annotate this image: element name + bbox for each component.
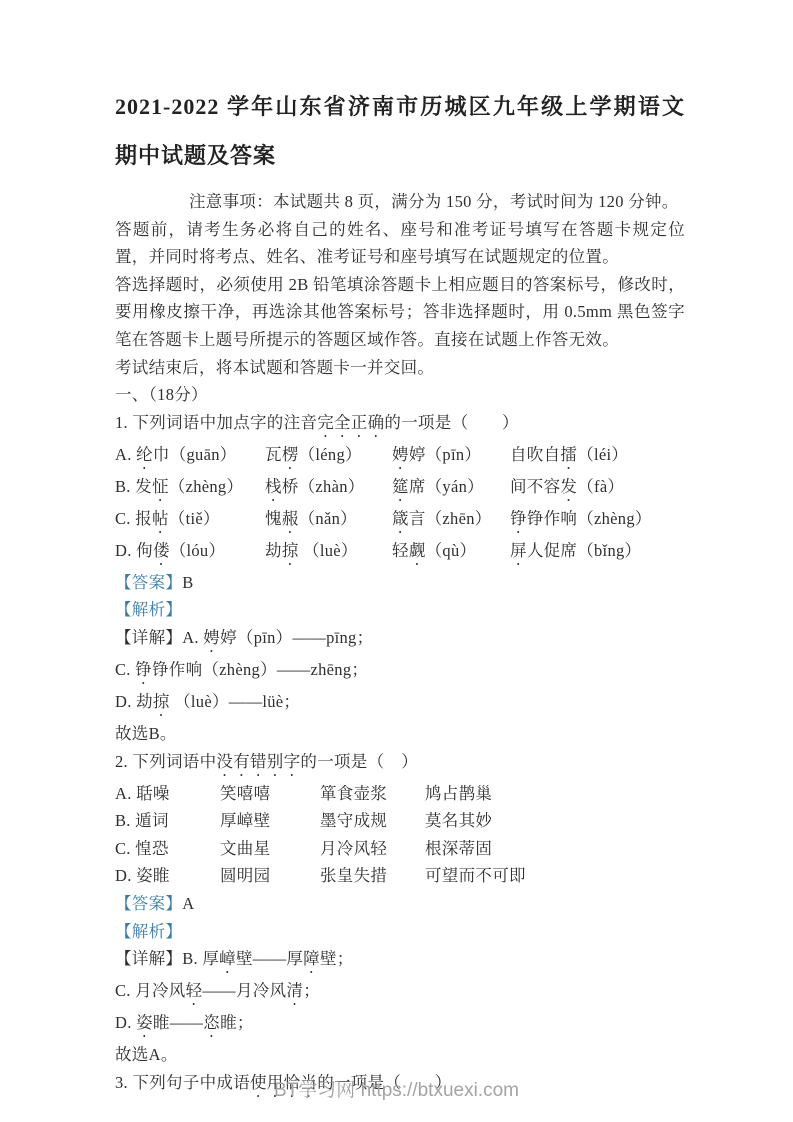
document-content: 2021-2022 学年山东省济南市历城区九年级上学期语文期中试题及答案 注意事… xyxy=(115,82,685,1101)
answer-label: 【答案】 xyxy=(115,573,182,592)
question-1-detail-line: 【详解】A. 娉婷（pīn）——pīng； xyxy=(115,624,685,656)
answer-label: 【答案】 xyxy=(115,894,182,913)
question-2-option-d: D. 姿睢 圆明园 张皇失措 可望而不可即 xyxy=(115,862,685,890)
site-footer: BT学习网 https://btxuexi.com xyxy=(0,1075,793,1102)
option-cell: 铮铮作响（zhèng） xyxy=(510,505,685,537)
option-cell: B. 遁词 xyxy=(115,807,220,835)
option-cell: 自吹自擂（léi） xyxy=(510,441,685,473)
question-1-option-a: A. 纶巾（guān） 瓦楞（léng） 娉婷（pīn） 自吹自擂（léi） xyxy=(115,441,685,473)
question-2-detail-line: D. 姿睢——恣睢； xyxy=(115,1009,685,1041)
option-cell: 月冷风轻 xyxy=(320,835,425,863)
option-cell: 栈桥（zhàn） xyxy=(265,473,392,505)
option-cell: 可望而不可即 xyxy=(425,862,685,890)
question-2-option-c: C. 惶恐 文曲星 月冷风轻 根深蒂固 xyxy=(115,835,685,863)
option-cell: 间不容发（fà） xyxy=(510,473,685,505)
notice-heading: 注意事项：本试题共 8 页，满分为 150 分，考试时间为 120 分钟。 xyxy=(115,188,685,216)
question-2-detail-line: C. 月冷风轻——月冷风清； xyxy=(115,977,685,1009)
option-cell: 箪食壶浆 xyxy=(320,780,425,808)
option-cell: 张皇失措 xyxy=(320,862,425,890)
option-cell: C. 报帖（tiě） xyxy=(115,505,265,537)
question-1-conclusion: 故选B。 xyxy=(115,720,685,748)
option-cell: 愧赧（nǎn） xyxy=(265,505,392,537)
question-2-option-b: B. 遁词 厚嶂壁 墨守成规 莫名其妙 xyxy=(115,807,685,835)
jiexi-label: 【解析】 xyxy=(115,600,182,619)
question-1-detail-line: C. 铮铮作响（zhèng）——zhēng； xyxy=(115,656,685,688)
option-cell: 筵席（yán） xyxy=(392,473,510,505)
option-cell: 根深蒂固 xyxy=(425,835,685,863)
option-cell: 箴言（zhēn） xyxy=(392,505,510,537)
option-cell: 轻觑（qù） xyxy=(392,537,510,569)
notice-paragraph-2: 答选择题时，必须使用 2B 铅笔填涂答题卡上相应题目的答案标号，修改时，要用橡皮… xyxy=(115,271,685,354)
section-1-heading: 一、（18分） xyxy=(115,381,685,409)
question-1-stem: 1. 下列词语中加点字的注音完全正确的一项是（ ） xyxy=(115,409,685,441)
question-2-jiexi-line: 【解析】 xyxy=(115,918,685,946)
option-cell: 娉婷（pīn） xyxy=(392,441,510,473)
answer-value: B xyxy=(182,573,193,592)
option-cell: A. 纶巾（guān） xyxy=(115,441,265,473)
question-1-detail-line: D. 劫掠 （luè）——lüè； xyxy=(115,688,685,720)
notice-paragraph-3: 考试结束后，将本试题和答题卡一并交回。 xyxy=(115,354,685,382)
notice-paragraph-1: 答题前，请考生务必将自己的姓名、座号和准考证号填写在答题卡规定位置，并同时将考点… xyxy=(115,216,685,271)
question-2-option-a: A. 聒噪 笑嘻嘻 箪食壶浆 鸠占鹊巢 xyxy=(115,780,685,808)
option-cell: 瓦楞（léng） xyxy=(265,441,392,473)
question-2-conclusion: 故选A。 xyxy=(115,1041,685,1069)
option-cell: 墨守成规 xyxy=(320,807,425,835)
document-page: 2021-2022 学年山东省济南市历城区九年级上学期语文期中试题及答案 注意事… xyxy=(0,0,793,1122)
question-1-option-d: D. 佝偻（lóu） 劫掠 （luè） 轻觑（qù） 屏人促席（bǐng） xyxy=(115,537,685,569)
option-cell: A. 聒噪 xyxy=(115,780,220,808)
option-cell: 劫掠 （luè） xyxy=(265,537,392,569)
question-2-answer-line: 【答案】A xyxy=(115,890,685,918)
jiexi-label: 【解析】 xyxy=(115,922,182,941)
page-title: 2021-2022 学年山东省济南市历城区九年级上学期语文期中试题及答案 xyxy=(115,82,685,180)
option-cell: 鸠占鹊巢 xyxy=(425,780,685,808)
question-2-stem: 2. 下列词语中没有错别字的一项是（ ） xyxy=(115,748,685,780)
option-cell: D. 佝偻（lóu） xyxy=(115,537,265,569)
option-cell: D. 姿睢 xyxy=(115,862,220,890)
option-cell: 笑嘻嘻 xyxy=(220,780,320,808)
answer-value: A xyxy=(182,894,194,913)
option-cell: C. 惶恐 xyxy=(115,835,220,863)
question-1-option-c: C. 报帖（tiě） 愧赧（nǎn） 箴言（zhēn） 铮铮作响（zhèng） xyxy=(115,505,685,537)
option-cell: B. 发怔（zhèng） xyxy=(115,473,265,505)
question-1-option-b: B. 发怔（zhèng） 栈桥（zhàn） 筵席（yán） 间不容发（fà） xyxy=(115,473,685,505)
option-cell: 文曲星 xyxy=(220,835,320,863)
option-cell: 莫名其妙 xyxy=(425,807,685,835)
option-cell: 屏人促席（bǐng） xyxy=(510,537,685,569)
question-2-detail-line: 【详解】B. 厚嶂壁——厚障壁； xyxy=(115,945,685,977)
question-1-answer-line: 【答案】B xyxy=(115,569,685,597)
option-cell: 厚嶂壁 xyxy=(220,807,320,835)
option-cell: 圆明园 xyxy=(220,862,320,890)
question-1-jiexi-line: 【解析】 xyxy=(115,596,685,624)
